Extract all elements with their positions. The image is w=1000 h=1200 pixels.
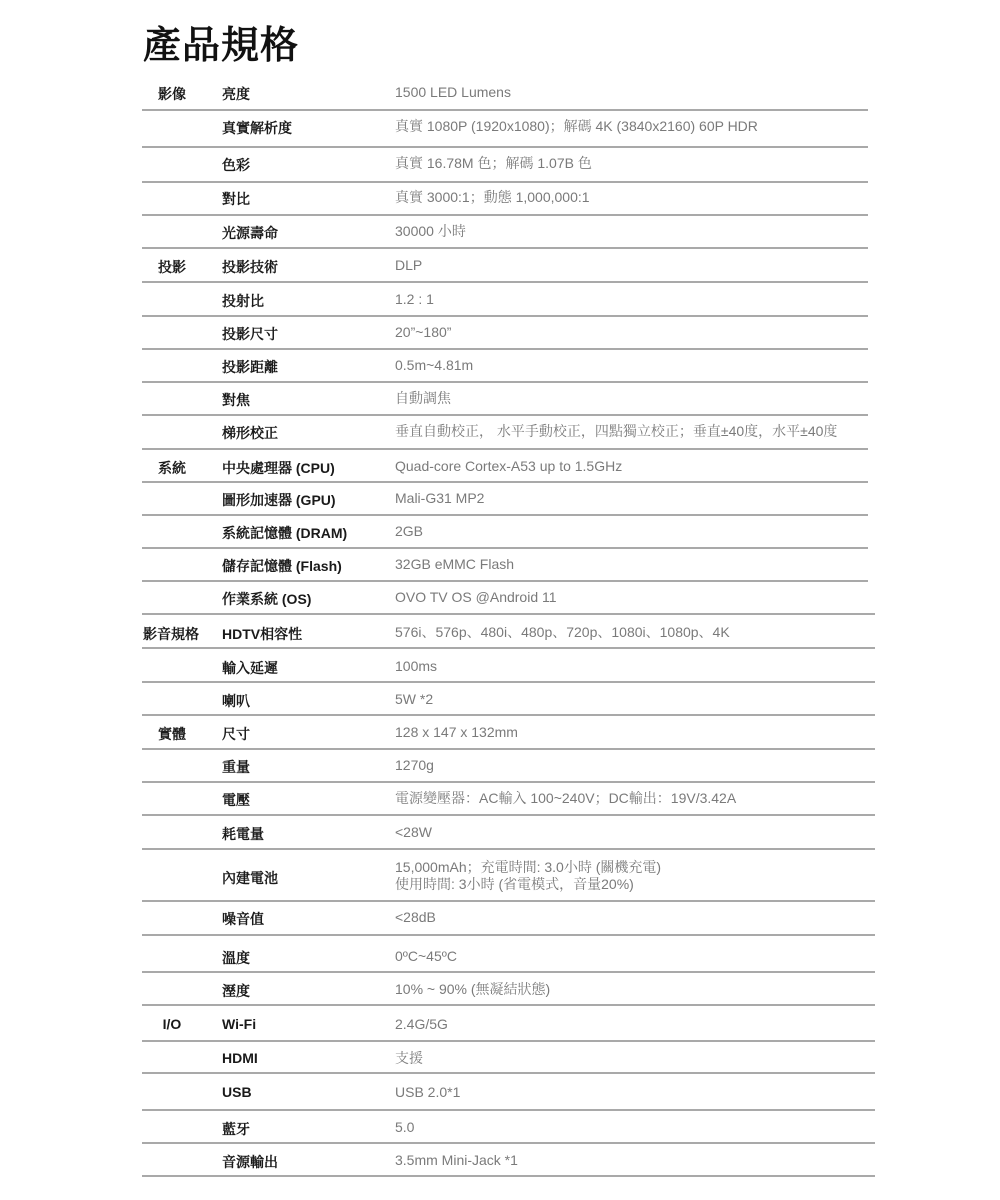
spec-label: 音源輸出 — [222, 1152, 278, 1172]
spec-value: 1500 LED Lumens — [395, 84, 511, 101]
row-divider — [142, 514, 868, 516]
row-divider — [142, 647, 875, 649]
spec-label: USB — [222, 1084, 252, 1100]
spec-label: 對比 — [222, 189, 250, 209]
category-label-projection: 投影 — [140, 257, 204, 277]
spec-label: 電壓 — [222, 790, 250, 810]
spec-value: 1.2 : 1 — [395, 291, 434, 308]
row-divider — [142, 934, 875, 936]
spec-label: HDMI — [222, 1050, 258, 1066]
spec-value: 5.0 — [395, 1119, 414, 1136]
row-divider — [142, 971, 875, 973]
spec-value: Quad-core Cortex-A53 up to 1.5GHz — [395, 458, 622, 475]
spec-label: 喇叭 — [222, 691, 250, 711]
spec-label: 亮度 — [222, 84, 250, 104]
spec-value: USB 2.0*1 — [395, 1084, 460, 1101]
spec-value: 32GB eMMC Flash — [395, 556, 514, 573]
spec-value: 真實 3000:1；動態 1,000,000:1 — [395, 189, 590, 206]
spec-value: 128 x 147 x 132mm — [395, 724, 518, 741]
spec-value: 電源變壓器：AC輸入 100~240V；DC輸出：19V/3.42A — [395, 790, 736, 807]
spec-value: OVO TV OS @Android 11 — [395, 589, 557, 606]
spec-value: 576i、576p、480i、480p、720p、1080i、1080p、4K — [395, 624, 730, 641]
spec-value: 2.4G/5G — [395, 1016, 448, 1033]
spec-label: 真實解析度 — [222, 118, 292, 138]
row-divider — [142, 315, 868, 317]
spec-value: 支援 — [395, 1050, 423, 1067]
row-divider — [142, 348, 868, 350]
spec-label: 噪音值 — [222, 909, 264, 929]
section-divider — [142, 1175, 875, 1177]
spec-value: 5W *2 — [395, 691, 433, 708]
row-divider — [142, 414, 868, 416]
row-divider — [142, 681, 875, 683]
spec-value: Mali-G31 MP2 — [395, 490, 484, 507]
section-divider — [142, 714, 875, 716]
row-divider — [142, 580, 868, 582]
section-divider — [142, 448, 868, 450]
spec-label: 圖形加速器 (GPU) — [222, 490, 336, 510]
row-divider — [142, 1072, 875, 1074]
row-divider — [142, 1142, 875, 1144]
row-divider — [142, 848, 875, 850]
section-divider — [142, 613, 875, 615]
spec-label: 重量 — [222, 757, 250, 777]
spec-value: 30000 小時 — [395, 223, 466, 240]
row-divider — [142, 1109, 875, 1111]
spec-value: 0.5m~4.81m — [395, 357, 473, 374]
row-divider — [142, 281, 868, 283]
spec-value: 自動調焦 — [395, 390, 451, 407]
row-divider — [142, 146, 868, 148]
row-divider — [142, 547, 868, 549]
spec-value: 1270g — [395, 757, 434, 774]
spec-value: 垂直自動校正， 水平手動校正，四點獨立校正；垂直±40度，水平±40度 — [395, 423, 837, 440]
section-divider — [142, 1004, 875, 1006]
spec-label: HDTV相容性 — [222, 624, 302, 644]
category-label-image: 影像 — [140, 84, 204, 104]
spec-value: 3.5mm Mini-Jack *1 — [395, 1152, 518, 1169]
spec-label: 投影距離 — [222, 357, 278, 377]
row-divider — [142, 481, 868, 483]
spec-label: 尺寸 — [222, 724, 250, 744]
spec-label: 輸入延遲 — [222, 658, 278, 678]
row-divider — [142, 109, 868, 111]
spec-label: 溼度 — [222, 981, 250, 1001]
spec-label: 作業系統 (OS) — [222, 589, 311, 609]
spec-value: 100ms — [395, 658, 437, 675]
spec-label: Wi-Fi — [222, 1016, 256, 1032]
spec-value: <28W — [395, 824, 432, 841]
spec-label: 投射比 — [222, 291, 264, 311]
spec-label: 系統記憶體 (DRAM) — [222, 523, 347, 543]
row-divider — [142, 781, 875, 783]
spec-label: 耗電量 — [222, 824, 264, 844]
row-divider — [142, 1040, 875, 1042]
row-divider — [142, 814, 875, 816]
spec-label: 溫度 — [222, 948, 250, 968]
row-divider — [142, 900, 875, 902]
row-divider — [142, 181, 868, 183]
spec-label: 儲存記憶體 (Flash) — [222, 556, 342, 576]
spec-table: 影像 亮度 1500 LED Lumens 真實解析度 真實 1080P (19… — [0, 0, 1000, 1200]
row-divider — [142, 214, 868, 216]
spec-label: 光源壽命 — [222, 223, 278, 243]
spec-label: 投影尺寸 — [222, 324, 278, 344]
spec-label: 投影技術 — [222, 257, 278, 277]
spec-value: 15,000mAh；充電時間: 3.0小時 (關機充電) 使用時間: 3小時 (… — [395, 859, 661, 893]
category-label-system: 系統 — [140, 458, 204, 478]
spec-value: <28dB — [395, 909, 436, 926]
spec-value: 0ºC~45ºC — [395, 948, 457, 965]
row-divider — [142, 381, 868, 383]
spec-value: 20”~180” — [395, 324, 451, 341]
category-label-io: I/O — [140, 1016, 204, 1032]
spec-label: 色彩 — [222, 155, 250, 175]
spec-value: 真實 16.78M 色；解碼 1.07B 色 — [395, 155, 592, 172]
category-label-av: 影音規格 — [138, 624, 204, 644]
spec-value: DLP — [395, 257, 422, 274]
spec-value: 10% ~ 90% (無凝結狀態) — [395, 981, 550, 998]
spec-label: 內建電池 — [222, 868, 278, 888]
spec-value: 真實 1080P (1920x1080)；解碼 4K (3840x2160) 6… — [395, 118, 758, 135]
spec-label: 對焦 — [222, 390, 250, 410]
spec-value: 2GB — [395, 523, 423, 540]
row-divider — [142, 748, 875, 750]
category-label-physical: 實體 — [140, 724, 204, 744]
spec-label: 梯形校正 — [222, 423, 278, 443]
spec-label: 中央處理器 (CPU) — [222, 458, 335, 478]
spec-label: 藍牙 — [222, 1119, 250, 1139]
section-divider — [142, 247, 868, 249]
